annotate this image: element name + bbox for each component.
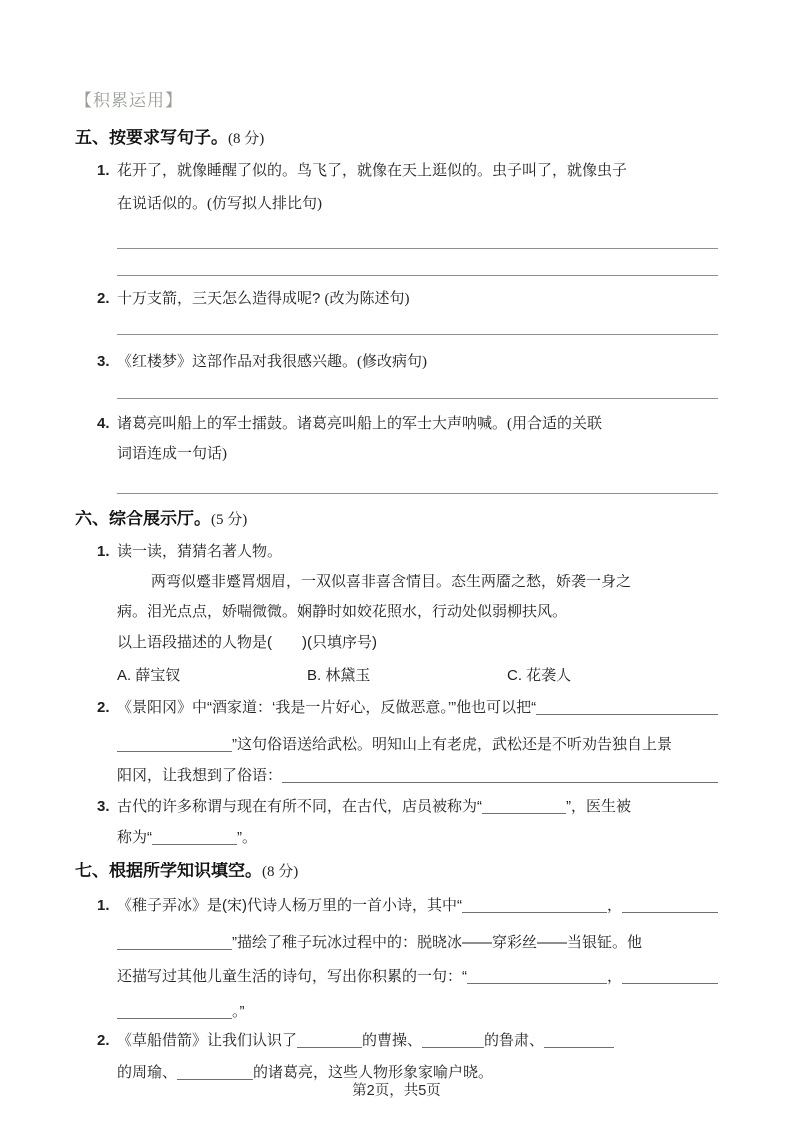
q6-3-text2: ”，医生被 (566, 798, 631, 815)
q7-1-text3: 还描写过其他儿童生活的诗句，写出你积累的一句：“ (117, 968, 467, 985)
q5-1-note: (仿写拟人排比句) (207, 196, 322, 212)
section-7-score: (8 分) (262, 864, 298, 880)
q6-3-text3: 称为“ (117, 829, 152, 846)
q6-2-number: 2. (97, 699, 117, 716)
q6-3-line2: 称为“”。 (117, 827, 718, 846)
q7-2-blank-4 (177, 1065, 253, 1080)
q6-1-option-a: A. 薛宝钗 (117, 664, 307, 685)
q5-3-answer-line (117, 398, 718, 399)
q6-2-text3: 阳冈，让我想到了俗语： (117, 767, 282, 784)
q5-1-line1: 1.花开了，就像睡醒了似的。鸟飞了，就像在天上逛似的。虫子叫了，就像虫子 (97, 162, 718, 179)
q7-2-text1: 《草船借箭》让我们认识了 (117, 1032, 297, 1049)
q6-2-blank-1-cont (117, 737, 232, 752)
q6-1-quote-line1: 两弯似蹙非蹙罥烟眉，一双似喜非喜含情目。态生两靥之愁，娇袭一身之 (151, 574, 718, 591)
q7-1-blank-2-cont (117, 935, 232, 950)
q5-1-number: 1. (97, 162, 117, 179)
q7-1-blank-2 (622, 898, 718, 913)
q6-3-line1: 3.古代的许多称谓与现在有所不同，在古代，店员被称为“”，医生被 (97, 796, 718, 815)
section-6-title: 六、综合展示厅。 (75, 510, 211, 528)
q5-2-number: 2. (97, 290, 117, 307)
q5-3-note: (修改病句) (357, 354, 427, 370)
exam-page: 【积累运用】 五、按要求写句子。(8 分) 1.花开了，就像睡醒了似的。鸟飞了，… (75, 86, 718, 1081)
q5-4-number: 4. (97, 415, 117, 432)
q7-1-comma1: ， (607, 897, 622, 914)
q6-2-blank-2 (282, 768, 718, 783)
section-7-heading: 七、根据所学知识填空。(8 分) (75, 862, 718, 881)
q7-1-blank-3 (467, 969, 607, 984)
q5-4-line2: 词语连成一句话) (117, 445, 718, 463)
q7-1-line4: 。” (117, 1001, 718, 1020)
q6-3-blank-1 (482, 799, 566, 814)
q6-3-text4: ”。 (237, 829, 257, 846)
section-5-heading: 五、按要求写句子。(8 分) (75, 129, 718, 148)
q5-3-text: 《红楼梦》这部作品对我很感兴趣。 (117, 353, 357, 370)
q5-1-answer-line-1 (117, 248, 718, 249)
q5-2-text: 十万支箭，三天怎么造得成呢? (117, 290, 325, 307)
q7-1-blank-4-cont (117, 1004, 232, 1019)
q7-1-comma2: ， (607, 968, 622, 985)
q7-1-blank-1 (462, 898, 607, 913)
q7-1-number: 1. (97, 897, 117, 914)
q5-4-line1: 4.诸葛亮叫船上的军士擂鼓。诸葛亮叫船上的军士大声呐喊。(用合适的关联 (97, 415, 718, 433)
q6-1-prompt: 以上语段描述的人物是( )(只填序号) (117, 634, 718, 651)
section-5-title: 五、按要求写句子。 (75, 129, 228, 147)
q7-1-blank-4 (622, 969, 718, 984)
q6-1-options: A. 薛宝钗 B. 林黛玉 C. 花袭人 (117, 664, 718, 685)
q6-1-number: 1. (97, 543, 117, 560)
q5-1-line2: 在说话似的。(仿写拟人排比句) (117, 195, 718, 213)
q7-1-line1: 1.《稚子弄冰》是(宋)代诗人杨万里的一首小诗，其中“， (97, 895, 718, 914)
q5-1-answer-line-2 (117, 275, 718, 276)
q6-1-text: 读一读，猜猜名著人物。 (117, 543, 282, 560)
q7-1-line2: ”描绘了稚子玩冰过程中的：脱晓冰——穿彩丝——当银钲。他 (117, 932, 718, 951)
q5-4-text: 诸葛亮叫船上的军士擂鼓。诸葛亮叫船上的军士大声呐喊。 (117, 415, 507, 432)
q5-2-note: (改为陈述句) (325, 291, 410, 307)
section-5-score: (8 分) (228, 131, 264, 147)
section-6-score: (5 分) (211, 512, 247, 528)
section-6-heading: 六、综合展示厅。(5 分) (75, 510, 718, 529)
q6-2-line2: ”这句俗语送给武松。明知山上有老虎，武松还是不听劝告独自上景 (117, 734, 718, 753)
page-footer: 第2页，共5页 (0, 1079, 793, 1100)
q5-1-text-cont: 在说话似的。 (117, 195, 207, 212)
q6-1-quote-line2: 病。泪光点点，娇喘微微。娴静时如姣花照水，行动处似弱柳扶风。 (117, 604, 718, 621)
q7-2-line1: 2.《草船借箭》让我们认识了的曹操、的鲁肃、 (97, 1030, 718, 1049)
q5-3-number: 3. (97, 353, 117, 370)
q7-2-blank-1 (297, 1033, 362, 1048)
q6-1-line: 1.读一读，猜猜名著人物。 (97, 543, 718, 560)
q5-4-answer-line (117, 493, 718, 494)
q6-1-option-c: C. 花袭人 (507, 664, 571, 685)
section-banner: 【积累运用】 (75, 86, 718, 111)
q6-3-blank-2 (152, 830, 237, 845)
q5-4-note-part1: (用合适的关联 (507, 416, 602, 432)
q7-2-blank-3 (544, 1033, 614, 1048)
q5-4-note-part2: 词语连成一句话) (117, 446, 227, 462)
q6-2-text2: ”这句俗语送给武松。明知山上有老虎，武松还是不听劝告独自上景 (232, 736, 672, 753)
q5-2-answer-line (117, 334, 718, 335)
q5-1-text: 花开了，就像睡醒了似的。鸟飞了，就像在天上逛似的。虫子叫了，就像虫子 (117, 162, 627, 179)
q7-1-text2: ”描绘了稚子玩冰过程中的：脱晓冰——穿彩丝——当银钲。他 (232, 934, 642, 951)
q5-2-line: 2.十万支箭，三天怎么造得成呢? (改为陈述句) (97, 290, 718, 308)
q6-3-number: 3. (97, 798, 117, 815)
q7-2-text2: 的曹操、 (362, 1032, 422, 1049)
q7-1-text4: 。” (232, 1003, 245, 1020)
q7-1-text1: 《稚子弄冰》是(宋)代诗人杨万里的一首小诗，其中“ (117, 897, 462, 914)
q6-3-text1: 古代的许多称谓与现在有所不同，在古代，店员被称为“ (117, 798, 482, 815)
q6-2-blank-1 (536, 700, 718, 715)
q6-2-line3: 阳冈，让我想到了俗语：。 (117, 765, 718, 784)
q7-2-blank-2 (422, 1033, 484, 1048)
q6-2-line1: 2.《景阳冈》中“酒家道：‘我是一片好心，反做恶意。’”他也可以把“ (97, 697, 718, 716)
q7-2-text3: 的鲁肃、 (484, 1032, 544, 1049)
section-7-title: 七、根据所学知识填空。 (75, 862, 262, 880)
q7-2-number: 2. (97, 1032, 117, 1049)
q7-1-line3: 还描写过其他儿童生活的诗句，写出你积累的一句：“， (117, 966, 718, 985)
q6-1-option-b: B. 林黛玉 (307, 664, 507, 685)
q5-3-line: 3.《红楼梦》这部作品对我很感兴趣。(修改病句) (97, 353, 718, 371)
q6-2-text1: 《景阳冈》中“酒家道：‘我是一片好心，反做恶意。’”他也可以把“ (117, 699, 536, 716)
